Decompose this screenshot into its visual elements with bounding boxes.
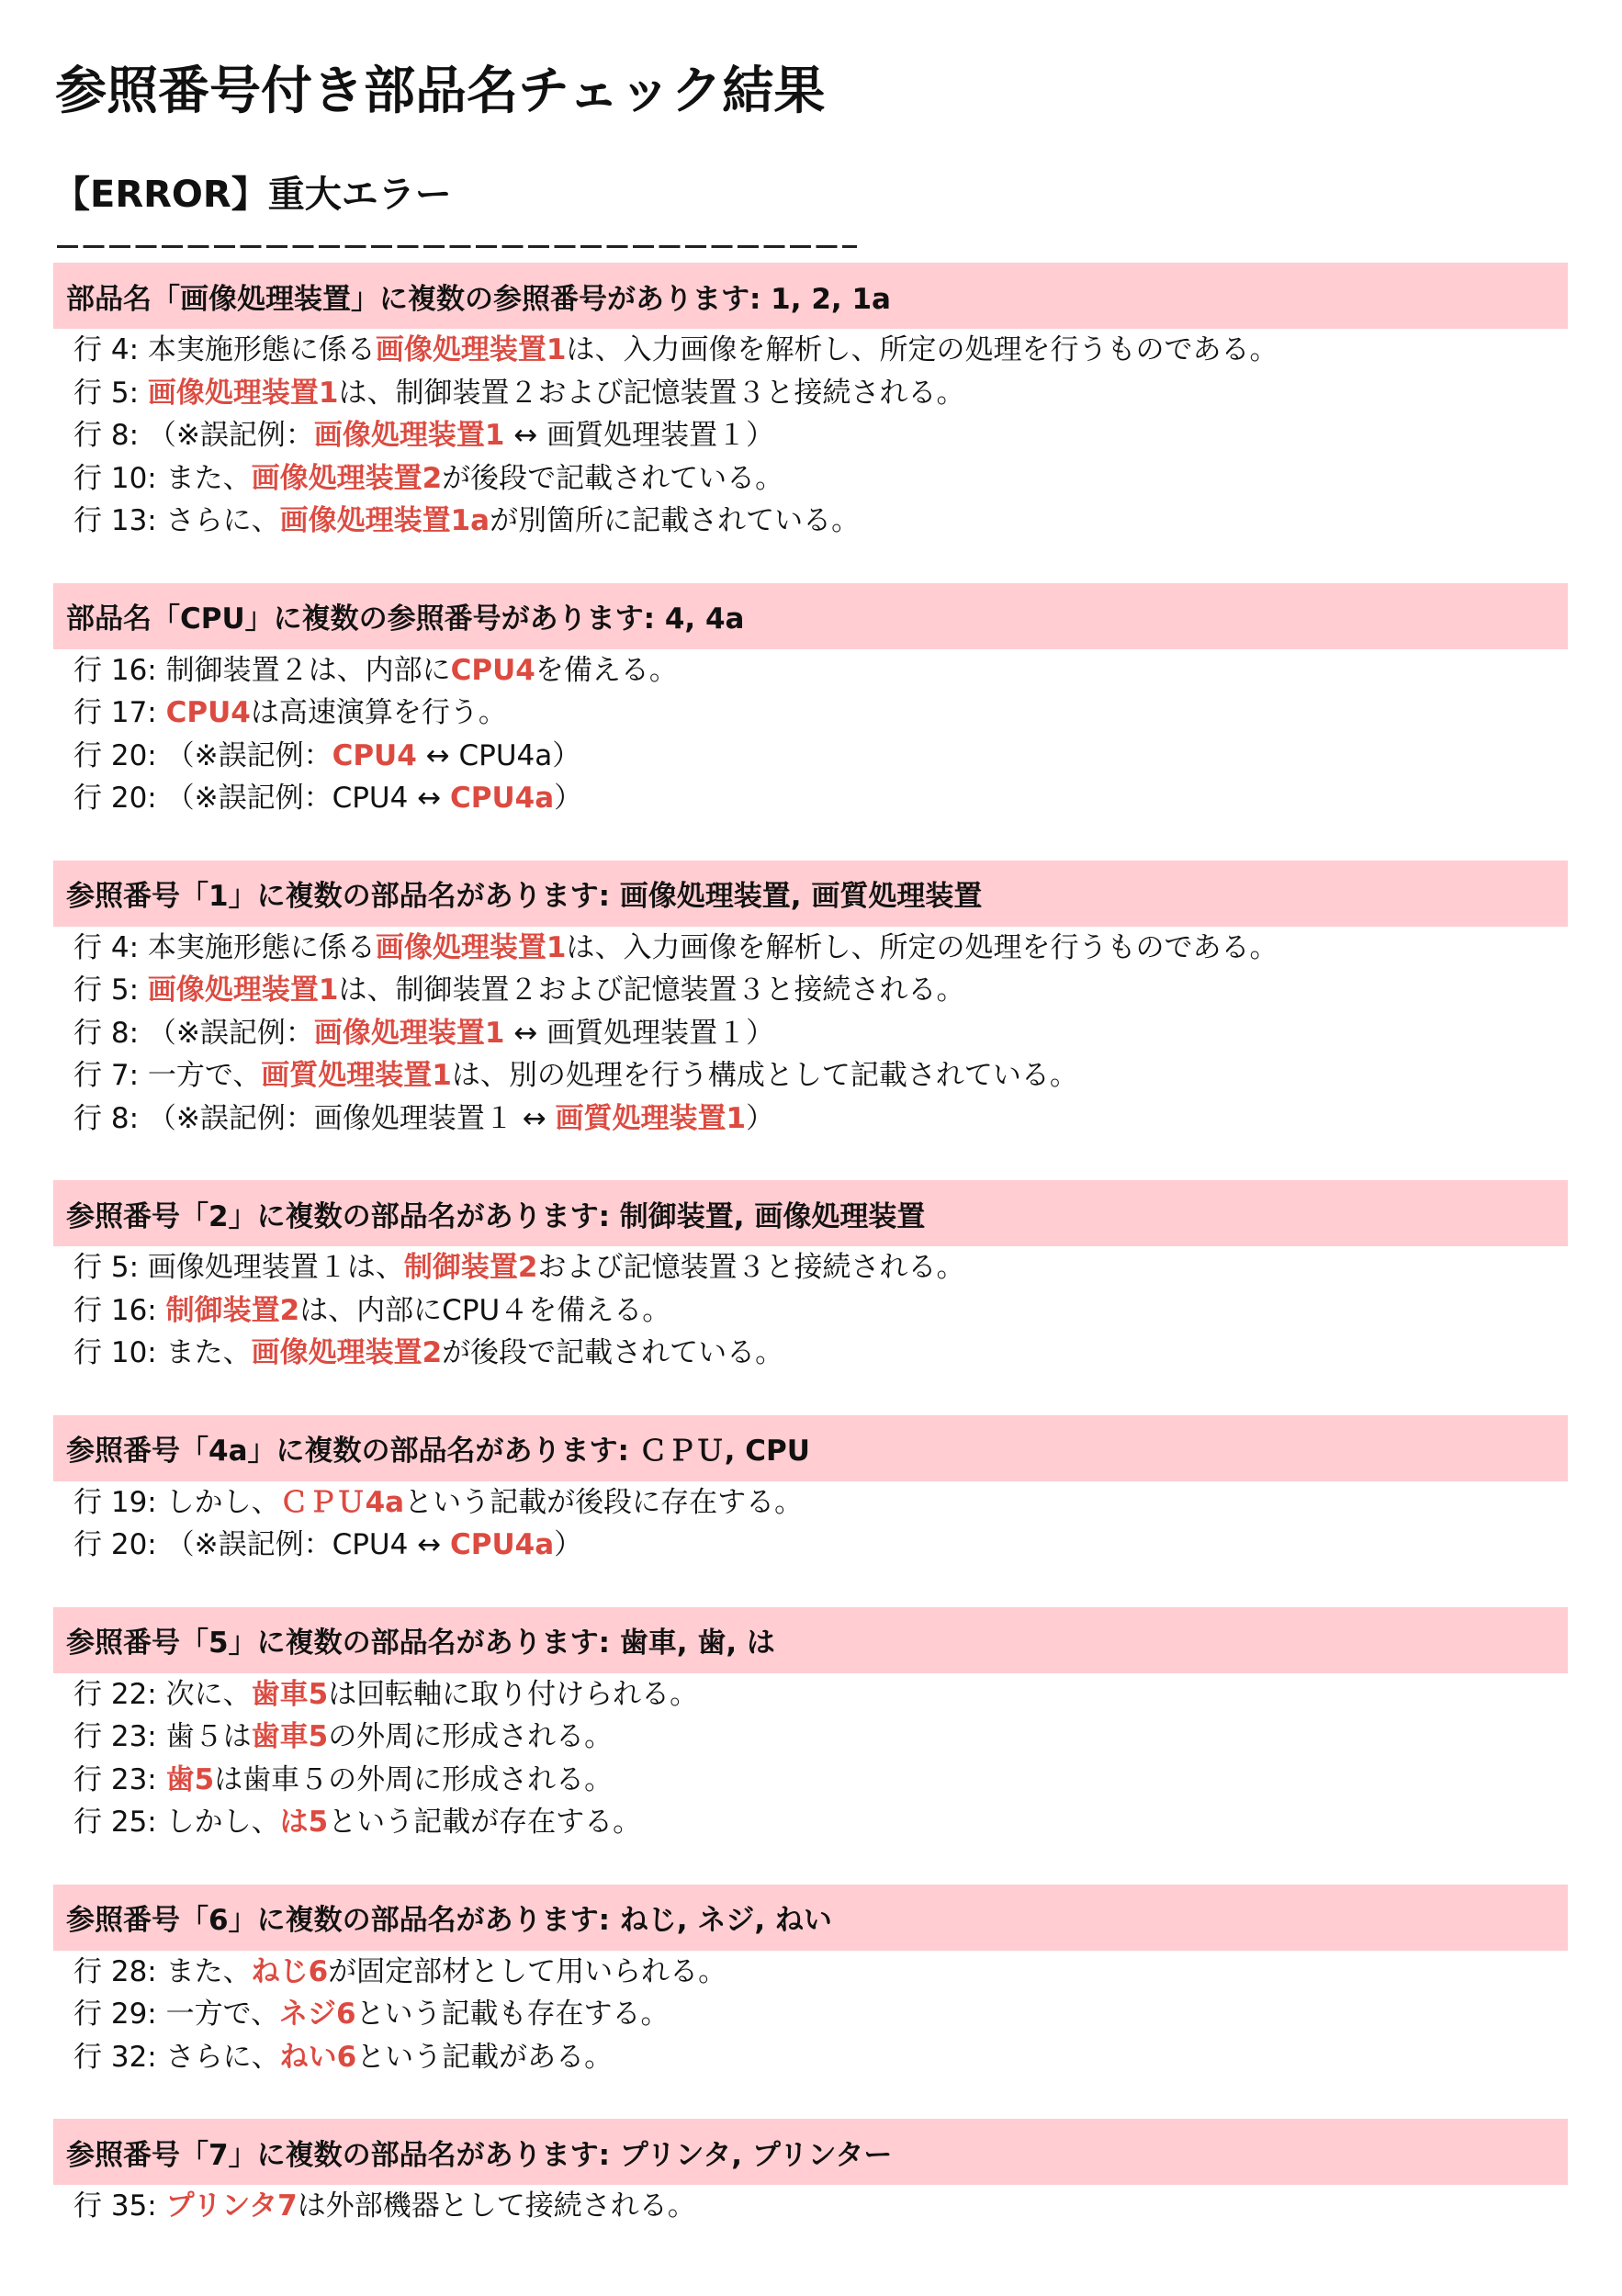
line-text: 行 8: （※誤記例： [73,419,314,452]
highlighted-part-name: プリンタ7 [166,2189,298,2223]
highlighted-part-name: CPU4a [450,1528,554,1561]
highlighted-part-name: 画像処理装置1 [148,974,339,1007]
error-section: 部品名「画像処理装置」に複数の参照番号があります: 1, 2, 1a行 4: 本… [53,263,1568,543]
section-occurrence-list: 行 4: 本実施形態に係る画像処理装置1は、入力画像を解析し、所定の処理を行うも… [53,927,1568,1141]
section-occurrence-list: 行 16: 制御装置２は、内部にCPU4を備える。行 17: CPU4は高速演算… [53,649,1568,820]
error-severity-heading: 【ERROR】重大エラー [53,169,452,220]
line-text: を備える。 [535,654,678,687]
highlighted-part-name: 歯車5 [252,1720,329,1753]
error-sections-list: 部品名「画像処理装置」に複数の参照番号があります: 1, 2, 1a行 4: 本… [53,263,1568,2268]
occurrence-line: 行 5: 画像処理装置1は、制御装置２および記憶装置３と接続される。 [73,372,1568,415]
highlighted-part-name: CPU4 [166,696,251,729]
occurrence-line: 行 4: 本実施形態に係る画像処理装置1は、入力画像を解析し、所定の処理を行うも… [73,329,1568,372]
error-section: 参照番号「2」に複数の部品名があります: 制御装置, 画像処理装置行 5: 画像… [53,1180,1568,1375]
section-header-bar: 部品名「画像処理装置」に複数の参照番号があります: 1, 2, 1a [53,263,1568,329]
error-section: 参照番号「7」に複数の部品名があります: プリンタ, プリンター行 35: プリ… [53,2119,1568,2228]
line-text: ） [554,1528,582,1561]
occurrence-line: 行 8: （※誤記例：画像処理装置1 ↔ 画質処理装置１） [73,1012,1568,1055]
line-text: という記載も存在する。 [356,1998,670,2031]
line-text: 行 4: 本実施形態に係る [73,333,376,366]
line-text: 行 16: [73,1294,166,1327]
occurrence-line: 行 16: 制御装置2は、内部にCPU４を備える。 [73,1289,1568,1333]
line-text: 行 4: 本実施形態に係る [73,931,376,964]
occurrence-line: 行 10: また、画像処理装置2が後段で記載されている。 [73,457,1568,501]
section-occurrence-list: 行 28: また、ねじ6が固定部材として用いられる。行 29: 一方で、ネジ6と… [53,1951,1568,2079]
line-text: ） [746,1102,774,1135]
error-section: 参照番号「4a」に複数の部品名があります: ＣＰＵ, CPU行 19: しかし、… [53,1415,1568,1567]
occurrence-line: 行 29: 一方で、ネジ6という記載も存在する。 [73,1993,1568,2036]
highlighted-part-name: 画像処理装置1 [376,931,567,964]
section-header-text: 参照番号「5」に複数の部品名があります: 歯車, 歯, は [66,1619,775,1660]
highlighted-part-name: 画像処理装置1 [314,1017,505,1050]
occurrence-line: 行 8: （※誤記例：画像処理装置1 ↔ 画質処理装置１） [73,414,1568,457]
highlighted-part-name: 画像処理装置2 [252,462,443,495]
section-occurrence-list: 行 35: プリンタ7は外部機器として接続される。 [53,2185,1568,2228]
highlighted-part-name: 画質処理装置1 [556,1102,747,1135]
line-text: という記載がある。 [356,2041,613,2074]
highlighted-part-name: 制御装置2 [404,1251,538,1284]
section-header-text: 部品名「画像処理装置」に複数の参照番号があります: 1, 2, 1a [66,276,891,317]
section-occurrence-list: 行 5: 画像処理装置１は、制御装置2および記憶装置３と接続される。行 16: … [53,1246,1568,1375]
line-text: 行 32: さらに、 [73,2041,280,2074]
highlighted-part-name: 画像処理装置2 [252,1336,443,1369]
error-section: 参照番号「5」に複数の部品名があります: 歯車, 歯, は行 22: 次に、歯車… [53,1607,1568,1844]
line-text: 行 28: また、 [73,1955,252,1988]
line-text: は高速演算を行う。 [251,696,507,729]
error-section: 参照番号「1」に複数の部品名があります: 画像処理装置, 画質処理装置行 4: … [53,861,1568,1141]
occurrence-line: 行 19: しかし、ＣＰＵ4aという記載が後段に存在する。 [73,1481,1568,1525]
occurrence-line: 行 20: （※誤記例：CPU4 ↔ CPU4a） [73,735,1568,778]
occurrence-line: 行 23: 歯5は歯車５の外周に形成される。 [73,1759,1568,1802]
line-text: が後段で記載されている。 [442,1336,783,1369]
line-text: 行 20: （※誤記例：CPU4 ↔ [73,782,450,815]
highlighted-part-name: 画像処理装置1 [148,377,339,410]
section-header-text: 部品名「CPU」に複数の参照番号があります: 4, 4a [66,595,744,636]
error-section: 部品名「CPU」に複数の参照番号があります: 4, 4a行 16: 制御装置２は… [53,583,1568,820]
occurrence-line: 行 23: 歯５は歯車5の外周に形成される。 [73,1716,1568,1759]
highlighted-part-name: 歯5 [166,1763,215,1796]
occurrence-line: 行 8: （※誤記例：画像処理装置１ ↔ 画質処理装置1） [73,1097,1568,1141]
dashed-divider: －－－－－－－－－－－－－－－－－－－－－－－－－－－－－－ [57,245,857,248]
occurrence-line: 行 4: 本実施形態に係る画像処理装置1は、入力画像を解析し、所定の処理を行うも… [73,927,1568,970]
line-text: 行 29: 一方で、 [73,1998,279,2031]
line-text: という記載が後段に存在する。 [404,1486,803,1519]
line-text: は、制御装置２および記憶装置３と接続される。 [338,974,964,1007]
highlighted-part-name: 画像処理装置1 [314,419,505,452]
section-header-text: 参照番号「1」に複数の部品名があります: 画像処理装置, 画質処理装置 [66,872,982,914]
line-text: 行 5: [73,377,148,410]
occurrence-line: 行 16: 制御装置２は、内部にCPU4を備える。 [73,649,1568,692]
line-text: 行 23: [73,1763,166,1796]
dashed-divider-text: －－－－－－－－－－－－－－－－－－－－－－－－－－－－－－ [57,245,58,246]
line-text: は、内部にCPU４を備える。 [299,1294,670,1327]
section-header-bar: 参照番号「5」に複数の部品名があります: 歯車, 歯, は [53,1607,1568,1673]
line-text: が別箇所に記載されている。 [490,504,860,537]
line-text: は、別の処理を行う構成として記載されている。 [452,1059,1078,1092]
occurrence-line: 行 32: さらに、ねい6という記載がある。 [73,2036,1568,2079]
section-header-bar: 参照番号「1」に複数の部品名があります: 画像処理装置, 画質処理装置 [53,861,1568,927]
line-text: 行 17: [73,696,166,729]
section-header-bar: 部品名「CPU」に複数の参照番号があります: 4, 4a [53,583,1568,649]
line-text: および記憶装置３と接続される。 [537,1251,964,1284]
line-text: が固定部材として用いられる。 [328,1955,727,1988]
highlighted-part-name: 画像処理装置1a [280,504,490,537]
occurrence-line: 行 20: （※誤記例：CPU4 ↔ CPU4a） [73,1524,1568,1567]
line-text: 行 8: （※誤記例： [73,1017,314,1050]
line-text: は、入力画像を解析し、所定の処理を行うものである。 [566,333,1278,366]
line-text: 行 5: 画像処理装置１は、 [73,1251,404,1284]
section-occurrence-list: 行 19: しかし、ＣＰＵ4aという記載が後段に存在する。行 20: （※誤記例… [53,1481,1568,1567]
highlighted-part-name: は5 [280,1806,329,1839]
line-text: 行 10: また、 [73,1336,252,1369]
highlighted-part-name: 画像処理装置1 [376,333,567,366]
line-text: 行 13: さらに、 [73,504,280,537]
line-text: ） [554,782,582,815]
line-text: 行 35: [73,2189,166,2223]
section-occurrence-list: 行 4: 本実施形態に係る画像処理装置1は、入力画像を解析し、所定の処理を行うも… [53,329,1568,543]
occurrence-line: 行 17: CPU4は高速演算を行う。 [73,692,1568,735]
highlighted-part-name: ねじ6 [252,1955,329,1988]
line-text: 行 8: （※誤記例：画像処理装置１ ↔ [73,1102,556,1135]
highlighted-part-name: 画質処理装置1 [261,1059,452,1092]
occurrence-line: 行 5: 画像処理装置１は、制御装置2および記憶装置３と接続される。 [73,1246,1568,1289]
section-occurrence-list: 行 22: 次に、歯車5は回転軸に取り付けられる。行 23: 歯５は歯車5の外周… [53,1673,1568,1844]
occurrence-line: 行 10: また、画像処理装置2が後段で記載されている。 [73,1332,1568,1375]
section-header-bar: 参照番号「2」に複数の部品名があります: 制御装置, 画像処理装置 [53,1180,1568,1246]
line-text: という記載が存在する。 [328,1806,641,1839]
section-header-bar: 参照番号「4a」に複数の部品名があります: ＣＰＵ, CPU [53,1415,1568,1481]
line-text: ↔ CPU4a） [417,739,580,772]
occurrence-line: 行 7: 一方で、画質処理装置1は、別の処理を行う構成として記載されている。 [73,1054,1568,1097]
error-section: 参照番号「6」に複数の部品名があります: ねじ, ネジ, ねい行 28: また、… [53,1885,1568,2079]
line-text: 行 22: 次に、 [73,1678,252,1711]
occurrence-line: 行 25: しかし、は5という記載が存在する。 [73,1801,1568,1844]
section-header-text: 参照番号「2」に複数の部品名があります: 制御装置, 画像処理装置 [66,1193,925,1234]
line-text: 行 23: 歯５は [73,1720,252,1753]
line-text: 行 19: しかし、 [73,1486,280,1519]
highlighted-part-name: 制御装置2 [166,1294,300,1327]
occurrence-line: 行 28: また、ねじ6が固定部材として用いられる。 [73,1951,1568,1994]
line-text: は、入力画像を解析し、所定の処理を行うものである。 [566,931,1278,964]
section-header-bar: 参照番号「7」に複数の部品名があります: プリンタ, プリンター [53,2119,1568,2185]
line-text: 行 25: しかし、 [73,1806,280,1839]
page-title: 参照番号付き部品名チェック結果 [55,57,825,127]
line-text: 行 10: また、 [73,462,252,495]
highlighted-part-name: CPU4 [332,739,417,772]
highlighted-part-name: ネジ6 [279,1998,356,2031]
occurrence-line: 行 5: 画像処理装置1は、制御装置２および記憶装置３と接続される。 [73,969,1568,1012]
line-text: ↔ 画質処理装置１） [504,1017,774,1050]
line-text: ↔ 画質処理装置１） [504,419,774,452]
section-header-text: 参照番号「6」に複数の部品名があります: ねじ, ネジ, ねい [66,1896,832,1938]
section-header-bar: 参照番号「6」に複数の部品名があります: ねじ, ネジ, ねい [53,1885,1568,1951]
highlighted-part-name: ねい6 [280,2041,357,2074]
highlighted-part-name: CPU4a [450,782,554,815]
line-text: 行 5: [73,974,148,1007]
line-text: は歯車５の外周に形成される。 [214,1763,613,1796]
line-text: 行 20: （※誤記例：CPU4 ↔ [73,1528,450,1561]
line-text: の外周に形成される。 [328,1720,613,1753]
line-text: は回転軸に取り付けられる。 [328,1678,698,1711]
highlighted-part-name: CPU4 [451,654,535,687]
occurrence-line: 行 22: 次に、歯車5は回転軸に取り付けられる。 [73,1673,1568,1716]
highlighted-part-name: 歯車5 [252,1678,329,1711]
occurrence-line: 行 20: （※誤記例：CPU4 ↔ CPU4a） [73,777,1568,820]
section-header-text: 参照番号「7」に複数の部品名があります: プリンタ, プリンター [66,2132,892,2173]
line-text: 行 16: 制御装置２は、内部に [73,654,451,687]
occurrence-line: 行 35: プリンタ7は外部機器として接続される。 [73,2185,1568,2228]
section-header-text: 参照番号「4a」に複数の部品名があります: ＣＰＵ, CPU [66,1427,810,1469]
occurrence-line: 行 13: さらに、画像処理装置1aが別箇所に記載されている。 [73,500,1568,543]
line-text: が後段で記載されている。 [442,462,783,495]
line-text: は、制御装置２および記憶装置３と接続される。 [338,377,964,410]
line-text: は外部機器として接続される。 [298,2189,696,2223]
highlighted-part-name: ＣＰＵ4a [280,1486,405,1519]
line-text: 行 20: （※誤記例： [73,739,332,772]
line-text: 行 7: 一方で、 [73,1059,261,1092]
